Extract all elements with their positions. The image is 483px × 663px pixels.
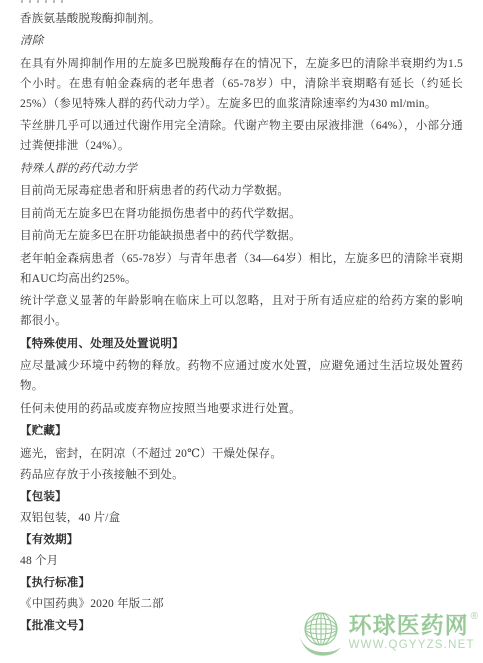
section-heading-standard: 【执行标准】 [20,573,463,593]
body-paragraph: 应尽量减少环境中药物的释放。药物不应通过废水处置，应避免通过生活垃圾处置药物。 [20,356,463,396]
watermark-brand-text: 环球医药网 [349,614,469,637]
body-paragraph: 遮光，密封，在阴凉（不超过 20℃）干燥处保存。 [20,444,463,464]
italic-subheading-special-populations: 特殊人群的药代动力学 [20,159,463,179]
section-heading-storage: 【贮藏】 [20,421,463,441]
body-paragraph: 任何未使用的药品或废弃物应按照当地要求进行处置。 [20,399,463,419]
watermark-website-url: WWW.QGYYZS.NET [349,640,478,652]
section-heading-packaging: 【包装】 [20,487,463,507]
section-heading-shelf-life: 【有效期】 [20,530,463,550]
body-paragraph: 香族氨基酸脱羧酶抑制剂。 [20,9,463,29]
globe-grid-icon [296,609,344,657]
clipped-previous-line-artifact [21,0,67,3]
registered-trademark-icon: ® [471,612,478,622]
body-paragraph: 目前尚无尿毒症患者和肝病患者的药代动力学数据。 [20,181,463,201]
body-paragraph: 老年帕金森病患者（65-78岁）与青年患者（34—64岁）相比，左旋多巴的清除半… [20,249,463,289]
body-paragraph: 苄丝肼几乎可以通过代谢作用完全清除。代谢产物主要由尿液排泄（64%），小部分通过… [20,116,463,156]
body-paragraph: 双铝包装，40 片/盒 [20,508,463,528]
body-paragraph: 在具有外周抑制作用的左旋多巴脱羧酶存在的情况下，左旋多巴的清除半衰期约为1.5个… [20,54,463,114]
italic-subheading-clearance: 清除 [20,31,463,51]
body-paragraph: 目前尚无左旋多巴在肾功能损伤患者中的药代学数据。 [20,204,463,224]
body-paragraph: 统计学意义显著的年龄影响在临床上可以忽略，且对于所有适应症的给药方案的影响都很小… [20,291,463,331]
body-paragraph: 药品应存放于小孩接触不到处。 [20,465,463,485]
watermark-logo: 环球医药网 ® WWW.QGYYZS.NET [296,609,478,657]
document-page: 香族氨基酸脱羧酶抑制剂。 清除 在具有外周抑制作用的左旋多巴脱羧酶存在的情况下，… [0,0,483,636]
body-paragraph: 48 个月 [20,551,463,571]
section-heading-special-handling: 【特殊使用、处理及处置说明】 [20,334,463,354]
body-paragraph: 目前尚无左旋多巴在肝功能缺损患者中的药代学数据。 [20,226,463,246]
